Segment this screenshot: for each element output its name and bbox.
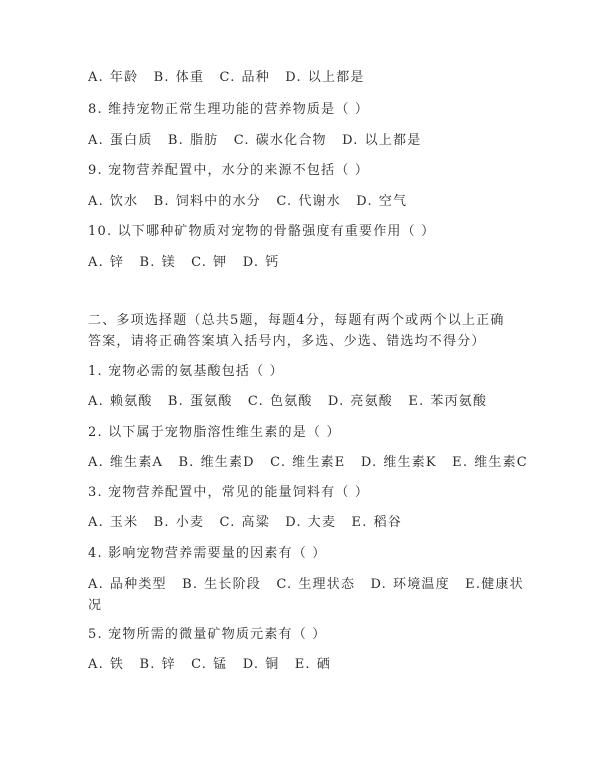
option-key: B. xyxy=(154,70,170,85)
question-stem: 9. 宠物营养配置中，水分的来源不包括（ ） xyxy=(88,161,528,181)
option-key: D. xyxy=(371,577,388,592)
option-key: E. xyxy=(408,394,424,409)
option-text: 亮氨酸 xyxy=(350,394,393,409)
option-key: D. xyxy=(342,133,359,148)
option: E.维生素C xyxy=(452,453,528,473)
option-key: B. xyxy=(154,515,170,530)
option-key: A. xyxy=(88,70,104,85)
option-key: D. xyxy=(285,515,302,530)
option: B.蛋氨酸 xyxy=(168,392,233,412)
option-text: 铁 xyxy=(110,657,124,672)
option: E.苯丙氨酸 xyxy=(408,392,487,412)
option: A.品种类型 xyxy=(88,574,167,595)
option-key: C. xyxy=(191,657,207,672)
option-text: 品种类型 xyxy=(110,577,167,592)
option-key: C. xyxy=(276,577,292,592)
option-key: D. xyxy=(243,657,260,672)
question-stem: 1. 宠物必需的氨基酸包括（ ） xyxy=(88,362,528,382)
mq3-options: A.玉米 B.小麦 C.高粱 D.大麦 E.稻谷 xyxy=(88,513,528,533)
mq1-options: A.赖氨酸 B.蛋氨酸 C.色氨酸 D.亮氨酸 E.苯丙氨酸 xyxy=(88,392,528,412)
option-text: 维生素D xyxy=(201,455,255,470)
option-text: 生理状态 xyxy=(298,577,355,592)
option-text: 维生素A xyxy=(110,455,163,470)
option-text: 体重 xyxy=(176,70,204,85)
option: C.品种 xyxy=(220,68,270,88)
option-key: E. xyxy=(352,515,368,530)
option-text: 锌 xyxy=(162,657,176,672)
option-key: B. xyxy=(154,194,170,209)
option-key: C. xyxy=(191,255,207,270)
option-key: B. xyxy=(168,394,184,409)
option-text: 生长阶段 xyxy=(204,577,261,592)
option-text: 饮水 xyxy=(110,194,138,209)
option: A.铁 xyxy=(88,655,124,675)
option-text: 碳水化合物 xyxy=(256,133,327,148)
option-text: 苯丙氨酸 xyxy=(430,394,487,409)
option-key: A. xyxy=(88,455,104,470)
option: C.碳水化合物 xyxy=(234,131,327,151)
option-text: 钾 xyxy=(213,255,227,270)
option: A.维生素A xyxy=(88,453,163,473)
option-key: A. xyxy=(88,255,104,270)
option: D.维生素K xyxy=(361,453,437,473)
question-stem: 5. 宠物所需的微量矿物质元素有（ ） xyxy=(88,625,528,645)
option-text: 稻谷 xyxy=(374,515,402,530)
option-key: C. xyxy=(276,194,292,209)
question-stem: 3. 宠物营养配置中，常见的能量饲料有（ ） xyxy=(88,483,528,503)
option-key: E. xyxy=(295,657,311,672)
option: B.小麦 xyxy=(154,513,205,533)
option-key: D. xyxy=(328,394,345,409)
option: C.色氨酸 xyxy=(248,392,313,412)
option: E.稻谷 xyxy=(352,513,402,533)
option-key: B. xyxy=(168,133,184,148)
option: D.亮氨酸 xyxy=(328,392,393,412)
option-key: D. xyxy=(361,455,378,470)
option-text: 年龄 xyxy=(110,70,138,85)
option-key: A. xyxy=(88,577,104,592)
option: D.大麦 xyxy=(285,513,336,533)
option-text: 维生素C xyxy=(474,455,528,470)
option-text: 维生素K xyxy=(383,455,437,470)
option-text: 锰 xyxy=(213,657,227,672)
option: B.锌 xyxy=(139,655,175,675)
option-key: A. xyxy=(88,394,104,409)
option: A.蛋白质 xyxy=(88,131,153,151)
q8-options: A.蛋白质 B.脂肪 C.碳水化合物 D.以上都是 xyxy=(88,131,528,151)
option: B.体重 xyxy=(154,68,205,88)
option-text: 玉米 xyxy=(110,515,138,530)
option-text: 硒 xyxy=(317,657,331,672)
option-key: E. xyxy=(465,577,481,592)
option: B.生长阶段 xyxy=(182,574,261,595)
option: D.以上都是 xyxy=(285,68,364,88)
option: C.钾 xyxy=(191,253,227,273)
option-text: 环境温度 xyxy=(393,577,450,592)
option: C.高粱 xyxy=(220,513,270,533)
option-key: B. xyxy=(139,255,155,270)
question-stem: 8. 维持宠物正常生理功能的营养物质是（ ） xyxy=(88,100,528,120)
option-key: B. xyxy=(178,455,194,470)
option-key: A. xyxy=(88,133,104,148)
option-text: 赖氨酸 xyxy=(110,394,153,409)
question-stem: 2. 以下属于宠物脂溶性维生素的是（ ） xyxy=(88,423,528,443)
option-text: 以上都是 xyxy=(308,70,365,85)
option: E.硒 xyxy=(295,655,331,675)
option-text: 代谢水 xyxy=(298,194,341,209)
option: C.代谢水 xyxy=(276,192,341,212)
q9-options: A.饮水 B.饲料中的水分 C.代谢水 D.空气 xyxy=(88,192,528,212)
option-text: 高粱 xyxy=(242,515,270,530)
option: D.铜 xyxy=(243,655,280,675)
option-key: D. xyxy=(356,194,373,209)
option: A.年龄 xyxy=(88,68,138,88)
option: A.饮水 xyxy=(88,192,138,212)
option-key: E. xyxy=(452,455,468,470)
option-text: 大麦 xyxy=(308,515,336,530)
mq2-options: A.维生素A B.维生素D C.维生素E D.维生素K E.维生素C xyxy=(88,453,528,473)
option-key: C. xyxy=(270,455,286,470)
mq4-options: A.品种类型 B.生长阶段 C.生理状态 D.环境温度 E.健康状况 xyxy=(88,574,528,616)
option-text: 以上都是 xyxy=(365,133,422,148)
option-key: C. xyxy=(248,394,264,409)
option-text: 维生素E xyxy=(292,455,345,470)
document-page: A.年龄 B.体重 C.品种 D.以上都是 8. 维持宠物正常生理功能的营养物质… xyxy=(0,0,600,776)
option: B.饲料中的水分 xyxy=(154,192,261,212)
option-key: A. xyxy=(88,194,104,209)
option-text: 色氨酸 xyxy=(270,394,313,409)
option-key: B. xyxy=(139,657,155,672)
option: B.镁 xyxy=(139,253,175,273)
option: A.锌 xyxy=(88,253,124,273)
option-text: 小麦 xyxy=(176,515,204,530)
question-stem: 4. 影响宠物营养需要量的因素有（ ） xyxy=(88,544,528,564)
mq5-options: A.铁 B.锌 C.锰 D.铜 E.硒 xyxy=(88,655,528,675)
option: A.赖氨酸 xyxy=(88,392,153,412)
option: D.空气 xyxy=(356,192,407,212)
section-header: 二、多项选择题（总共5题，每题4分，每题有两个或两个以上正确 xyxy=(88,311,528,331)
option: D.环境温度 xyxy=(371,574,450,595)
option-text: 钙 xyxy=(265,255,279,270)
q7-options: A.年龄 B.体重 C.品种 D.以上都是 xyxy=(88,68,528,88)
option-key: D. xyxy=(285,70,302,85)
option: D.钙 xyxy=(243,253,280,273)
option-key: B. xyxy=(182,577,198,592)
option: C.锰 xyxy=(191,655,227,675)
option-text: 蛋氨酸 xyxy=(190,394,233,409)
option-text: 空气 xyxy=(379,194,407,209)
option: D.以上都是 xyxy=(342,131,421,151)
question-stem: 10. 以下哪种矿物质对宠物的骨骼强度有重要作用（ ） xyxy=(88,222,528,242)
option-key: A. xyxy=(88,657,104,672)
section-header-cont: 答案，请将正确答案填入括号内，多选、少选、错选均不得分） xyxy=(88,332,528,352)
option: B.维生素D xyxy=(178,453,254,473)
option-key: D. xyxy=(243,255,260,270)
q10-options: A.锌 B.镁 C.钾 D.钙 xyxy=(88,253,528,273)
option-text: 饲料中的水分 xyxy=(176,194,261,209)
option-text: 脂肪 xyxy=(190,133,218,148)
option-text: 铜 xyxy=(265,657,279,672)
option: A.玉米 xyxy=(88,513,138,533)
option: C.维生素E xyxy=(270,453,345,473)
option: B.脂肪 xyxy=(168,131,219,151)
option-key: A. xyxy=(88,515,104,530)
option-text: 蛋白质 xyxy=(110,133,153,148)
option: C.生理状态 xyxy=(276,574,355,595)
option-text: 镁 xyxy=(162,255,176,270)
option-key: C. xyxy=(220,515,236,530)
option-text: 锌 xyxy=(110,255,124,270)
option-key: C. xyxy=(234,133,250,148)
option-key: C. xyxy=(220,70,236,85)
option-text: 品种 xyxy=(242,70,270,85)
